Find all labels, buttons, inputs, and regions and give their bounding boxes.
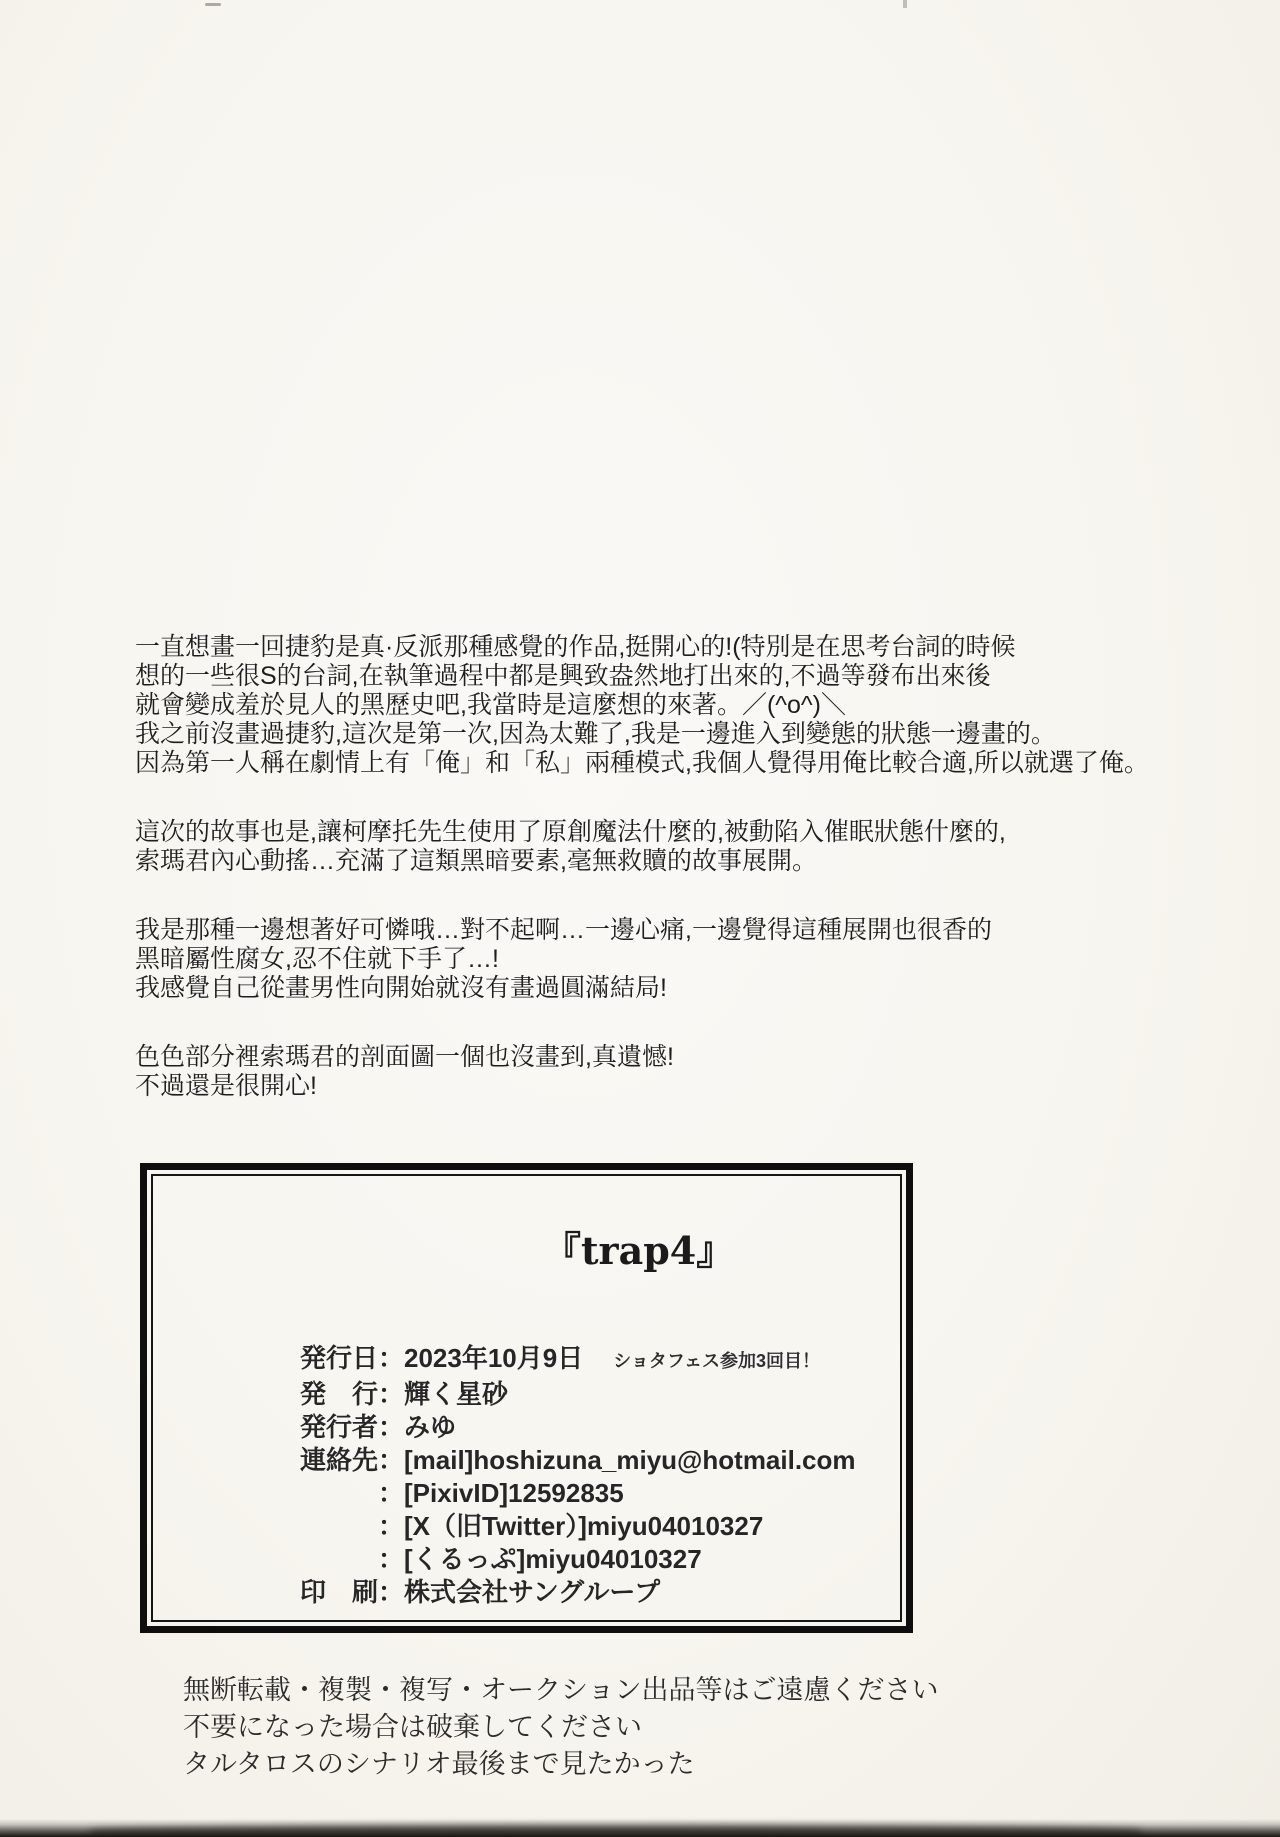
colophon-label: 発行者： xyxy=(294,1411,404,1444)
scan-speck xyxy=(205,3,221,6)
colophon-value: 株式会社サングループ xyxy=(404,1577,660,1607)
footer-notices: 無断転載・複製・複写・オークション出品等はご遠慮ください 不要になった場合は破棄… xyxy=(183,1672,938,1783)
afterword-text-block: 一直想畫一回捷豹是真·反派那種感覺的作品,挺開心的!(特別是在思考台詞的時候 想… xyxy=(135,633,1215,1101)
colophon-label: ： xyxy=(294,1510,404,1543)
colophon-label: 連絡先： xyxy=(294,1444,404,1477)
colophon-value: [mail]hoshizuna_miyu@hotmail.com xyxy=(404,1445,856,1475)
footer-notice-line: 不要になった場合は破棄してください xyxy=(183,1709,938,1746)
afterword-line: 一直想畫一回捷豹是真·反派那種感覺的作品,挺開心的!(特別是在思考台詞的時候 xyxy=(135,633,1215,662)
colophon-value: [PixivID]12592835 xyxy=(404,1478,624,1508)
colophon-value: [くるっぷ]miyu04010327 xyxy=(404,1544,702,1574)
colophon-row-publish-date: 発行日：2023年10月9日ショタフェス参加3回目！ xyxy=(294,1342,856,1378)
afterword-line: 色色部分裡索瑪君的剖面圖一個也沒畫到,真遺憾! xyxy=(135,1043,1215,1072)
colophon-value: みゆ xyxy=(404,1412,456,1442)
afterword-paragraph-3: 我是那種一邊想著好可憐哦…對不起啊…一邊心痛,一邊覺得這種展開也很香的 黑暗屬性… xyxy=(135,916,1215,1003)
afterword-line: 因為第一人稱在劇情上有「俺」和「私」兩種模式,我個人覺得用俺比較合適,所以就選了… xyxy=(135,749,1215,778)
colophon-label: 発 行： xyxy=(294,1378,404,1411)
colophon-row-author: 発行者：みゆ xyxy=(294,1411,856,1444)
afterword-line: 我是那種一邊想著好可憐哦…對不起啊…一邊心痛,一邊覺得這種展開也很香的 xyxy=(135,916,1215,945)
colophon-value: [X（旧Twitter）]miyu04010327 xyxy=(404,1511,763,1541)
afterword-line: 我之前沒畫過捷豹,這次是第一次,因為太難了,我是一邊進入到變態的狀態一邊畫的。 xyxy=(135,720,1215,749)
afterword-line: 不過還是很開心! xyxy=(135,1072,1215,1101)
afterword-paragraph-2: 這次的故事也是,讓柯摩托先生使用了原創魔法什麼的,被動陷入催眠狀態什麼的, 索瑪… xyxy=(135,818,1215,876)
colophon-row-contact-x: ：[X（旧Twitter）]miyu04010327 xyxy=(294,1510,856,1543)
afterword-line: 想的一些很S的台詞,在執筆過程中都是興致盎然地打出來的,不過等發布出來後 xyxy=(135,662,1215,691)
colophon-details: 発行日：2023年10月9日ショタフェス参加3回目！ 発 行：輝く星砂 発行者：… xyxy=(294,1342,856,1609)
scan-edge-smudge xyxy=(90,1825,1140,1837)
footer-notice-line: タルタロスのシナリオ最後まで見たかった xyxy=(183,1746,938,1783)
colophon-row-printer: 印 刷：株式会社サングループ xyxy=(294,1576,856,1609)
afterword-line: 我感覺自己從畫男性向開始就沒有畫過圓滿結局! xyxy=(135,974,1215,1003)
scan-edge-artifact xyxy=(0,1819,1280,1837)
afterword-line: 就會變成羞於見人的黑歷史吧,我當時是這麼想的來著。／(^o^)＼ xyxy=(135,691,1215,720)
colophon-value: 輝く星砂 xyxy=(404,1379,508,1409)
afterword-line: 黑暗屬性腐女,忍不住就下手了…! xyxy=(135,945,1215,974)
colophon-label: 印 刷： xyxy=(294,1576,404,1609)
colophon-value: 2023年10月9日 xyxy=(404,1343,583,1373)
scanned-afterword-page: 一直想畫一回捷豹是真·反派那種感覺的作品,挺開心的!(特別是在思考台詞的時候 想… xyxy=(0,0,1280,1837)
afterword-paragraph-1: 一直想畫一回捷豹是真·反派那種感覺的作品,挺開心的!(特別是在思考台詞的時候 想… xyxy=(135,633,1215,778)
scan-speck xyxy=(903,0,907,8)
book-title: 『trap4』 xyxy=(543,1220,734,1275)
colophon-row-circle: 発 行：輝く星砂 xyxy=(294,1378,856,1411)
afterword-paragraph-4: 色色部分裡索瑪君的剖面圖一個也沒畫到,真遺憾! 不過還是很開心! xyxy=(135,1043,1215,1101)
colophon-row-contact-pixiv: ：[PixivID]12592835 xyxy=(294,1477,856,1510)
colophon-box: 『trap4』 発行日：2023年10月9日ショタフェス参加3回目！ 発 行：輝… xyxy=(140,1163,913,1633)
colophon-box-inner-rule: 『trap4』 発行日：2023年10月9日ショタフェス参加3回目！ 発 行：輝… xyxy=(151,1174,902,1622)
colophon-label: ： xyxy=(294,1477,404,1510)
colophon-label: ： xyxy=(294,1543,404,1576)
colophon-row-contact-crepu: ：[くるっぷ]miyu04010327 xyxy=(294,1543,856,1576)
afterword-line: 索瑪君內心動搖…充滿了這類黑暗要素,毫無救贖的故事展開。 xyxy=(135,847,1215,876)
colophon-event-note: ショタフェス参加3回目！ xyxy=(613,1351,820,1371)
footer-notice-line: 無断転載・複製・複写・オークション出品等はご遠慮ください xyxy=(183,1672,938,1709)
afterword-line: 這次的故事也是,讓柯摩托先生使用了原創魔法什麼的,被動陷入催眠狀態什麼的, xyxy=(135,818,1215,847)
colophon-label: 発行日： xyxy=(294,1342,404,1375)
colophon-row-contact-mail: 連絡先：[mail]hoshizuna_miyu@hotmail.com xyxy=(294,1444,856,1477)
